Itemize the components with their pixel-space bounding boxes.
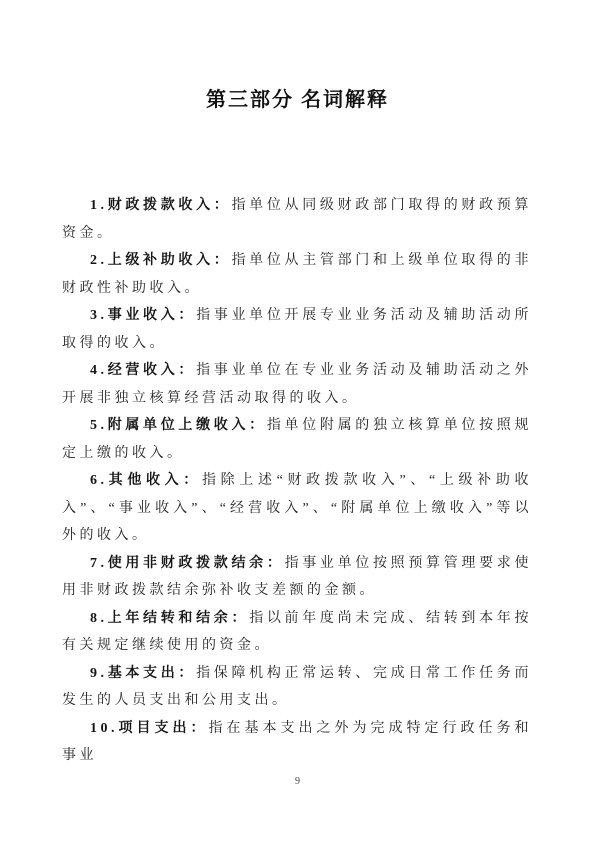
term-item: 6.其他收入：指除上述“财政拨款收入”、“上级补助收入”、“事业收入”、“经营收… xyxy=(62,467,532,550)
page-title: 第三部分 名词解释 xyxy=(0,83,595,112)
term-label: 10.项目支出： xyxy=(90,721,209,736)
term-item: 1.财政拨款收入：指单位从同级财政部门取得的财政预算资金。 xyxy=(62,192,532,247)
term-item: 4.经营收入：指事业单位在专业业务活动及辅助活动之外开展非独立核算经营活动取得的… xyxy=(62,357,532,412)
term-item: 9.基本支出：指保障机构正常运转、完成日常工作任务而发生的人员支出和公用支出。 xyxy=(62,660,532,715)
term-label: 2.上级补助收入： xyxy=(90,253,232,268)
term-item: 5.附属单位上缴收入：指单位附属的独立核算单位按照规定上缴的收入。 xyxy=(62,412,532,467)
term-item: 2.上级补助收入：指单位从主管部门和上级单位取得的非财政性补助收入。 xyxy=(62,247,532,302)
term-label: 3.事业收入： xyxy=(90,308,196,323)
term-label: 4.经营收入： xyxy=(90,363,196,378)
term-label: 9.基本支出： xyxy=(90,666,196,681)
term-label: 8.上年结转和结余： xyxy=(90,611,249,626)
term-item: 3.事业收入：指事业单位开展专业业务活动及辅助活动所取得的收入。 xyxy=(62,302,532,357)
terms-list: 1.财政拨款收入：指单位从同级财政部门取得的财政预算资金。 2.上级补助收入：指… xyxy=(62,192,532,770)
term-item: 10.项目支出：指在基本支出之外为完成特定行政任务和事业 xyxy=(62,715,532,770)
term-item: 8.上年结转和结余：指以前年度尚未完成、结转到本年按有关规定继续使用的资金。 xyxy=(62,605,532,660)
term-item: 7.使用非财政拨款结余：指事业单位按照预算管理要求使用非财政拨款结余弥补收支差额… xyxy=(62,550,532,605)
term-label: 5.附属单位上缴收入： xyxy=(90,418,267,433)
document-page: 第三部分 名词解释 1.财政拨款收入：指单位从同级财政部门取得的财政预算资金。 … xyxy=(0,0,595,841)
page-number: 9 xyxy=(0,776,595,787)
term-label: 6.其他收入： xyxy=(90,473,202,488)
term-label: 1.财政拨款收入： xyxy=(90,198,232,213)
term-label: 7.使用非财政拨款结余： xyxy=(90,556,285,571)
